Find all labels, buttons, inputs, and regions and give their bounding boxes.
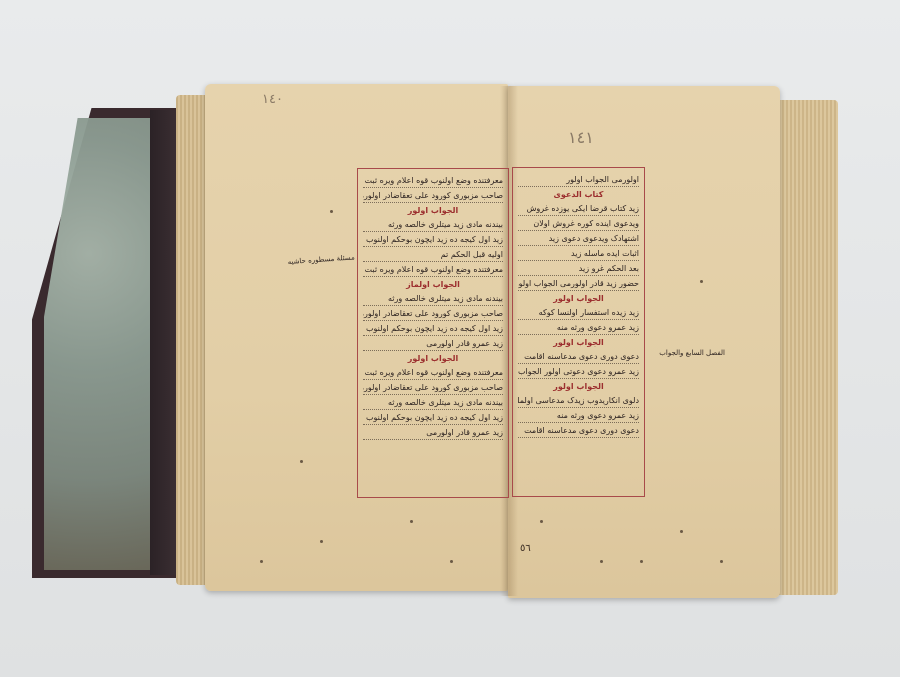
text-line: صاحب مزبوری کورود علی تعقاضادر اولورمی (363, 191, 503, 203)
page-stack-right (770, 100, 838, 595)
text-line: اثبات ایده ماسله زید (518, 249, 639, 261)
text-line: زید عمرو قادر اولورمی (363, 339, 503, 351)
foot-mark: ٥٦ (520, 543, 531, 554)
text-line: صاحب مزبوری کورود علی تعقاضادر اولورمی (363, 309, 503, 321)
text-line: معرفتنده وضع اولنوب قوه اعلام ویره ثبت ح… (363, 368, 503, 380)
text-line: بعد الحکم غرو زید (518, 264, 639, 276)
right-text-block: اولورمی الجواب اولور کتاب الدعوی زید کتا… (512, 167, 645, 497)
left-text-block: معرفتنده وضع اولنوب قوه اعلام ویره ثبت ح… (357, 168, 509, 498)
left-margin-note: مسئلة مسطوره حاشیه (277, 252, 362, 357)
rubric: الجواب اولور (363, 206, 503, 217)
text-line: بیندنه مادی زید میتلری خالصه ورثه (363, 220, 503, 232)
text-line: ویدعوی اینده کوره غروش اولان (518, 219, 639, 231)
text-line: دلوی انکاریدوب زیدک مدعاسی اولملغه (518, 396, 639, 408)
rubric: الجواب اولور (518, 382, 639, 393)
right-folio-number: ١٤١ (568, 128, 594, 147)
text-line: معرفتنده وضع اولنوب قوه اعلام ویره ثبت ح… (363, 265, 503, 277)
text-line: زید اول کیجه ده زید ایچون بوحکم اولنوب (363, 235, 503, 247)
text-line: بیندنه مادی زید میتلری خالصه ورثه (363, 398, 503, 410)
text-line: حضور زید قادر اولورمی الجواب اولور (518, 279, 639, 291)
text-line: زید اول کیجه ده زید ایچون بوحکم اولنوب (363, 413, 503, 425)
rubric: الجواب اولور (518, 294, 639, 305)
marbled-paper (44, 118, 156, 570)
text-line: زید اول کیجه ده زید ایچون بوحکم اولنوب (363, 324, 503, 336)
text-line: زید کتاب قرضا ایکی یوزده غروش (518, 204, 639, 216)
text-line: اولیه قبل الحکم تم (363, 250, 503, 262)
chapter-title: کتاب الدعوی (518, 190, 639, 201)
text-line: صاحب مزبوری کورود علی تعقاضادر اولورمی (363, 383, 503, 395)
text-line: زید زیده استفسار اولنسا کوکه (518, 308, 639, 320)
text-line: دعوی دوری دعوی مدعاسنه اقامت (518, 352, 639, 364)
right-margin-note: الفصل السابع والجواب (645, 348, 725, 428)
rubric: الجواب اولماز (363, 280, 503, 291)
left-folio-number: ١٤٠ (262, 92, 283, 107)
text-line: زید عمرو دعوی دعوتی اولور الجواب اولور (518, 367, 639, 379)
text-line: زید عمرو دعوی ورثه منه (518, 411, 639, 423)
text-line: زید عمرو قادر اولورمی (363, 428, 503, 440)
text-line: دعوی دوری دعوی مدعاسنه اقامت (518, 426, 639, 438)
rubric: الجواب اولور (363, 354, 503, 365)
text-line: اشتهادک ویدعوی دعوی زید (518, 234, 639, 246)
rubric: الجواب اولور (518, 338, 639, 349)
text-line: معرفتنده وضع اولنوب قوه اعلام ویره ثبت ح… (363, 176, 503, 188)
page-header: اولورمی الجواب اولور (518, 175, 639, 187)
text-line: بیندنه مادی زید میتلری خالصه ورثه (363, 294, 503, 306)
text-line: زید عمرو دعوی ورثه منه (518, 323, 639, 335)
